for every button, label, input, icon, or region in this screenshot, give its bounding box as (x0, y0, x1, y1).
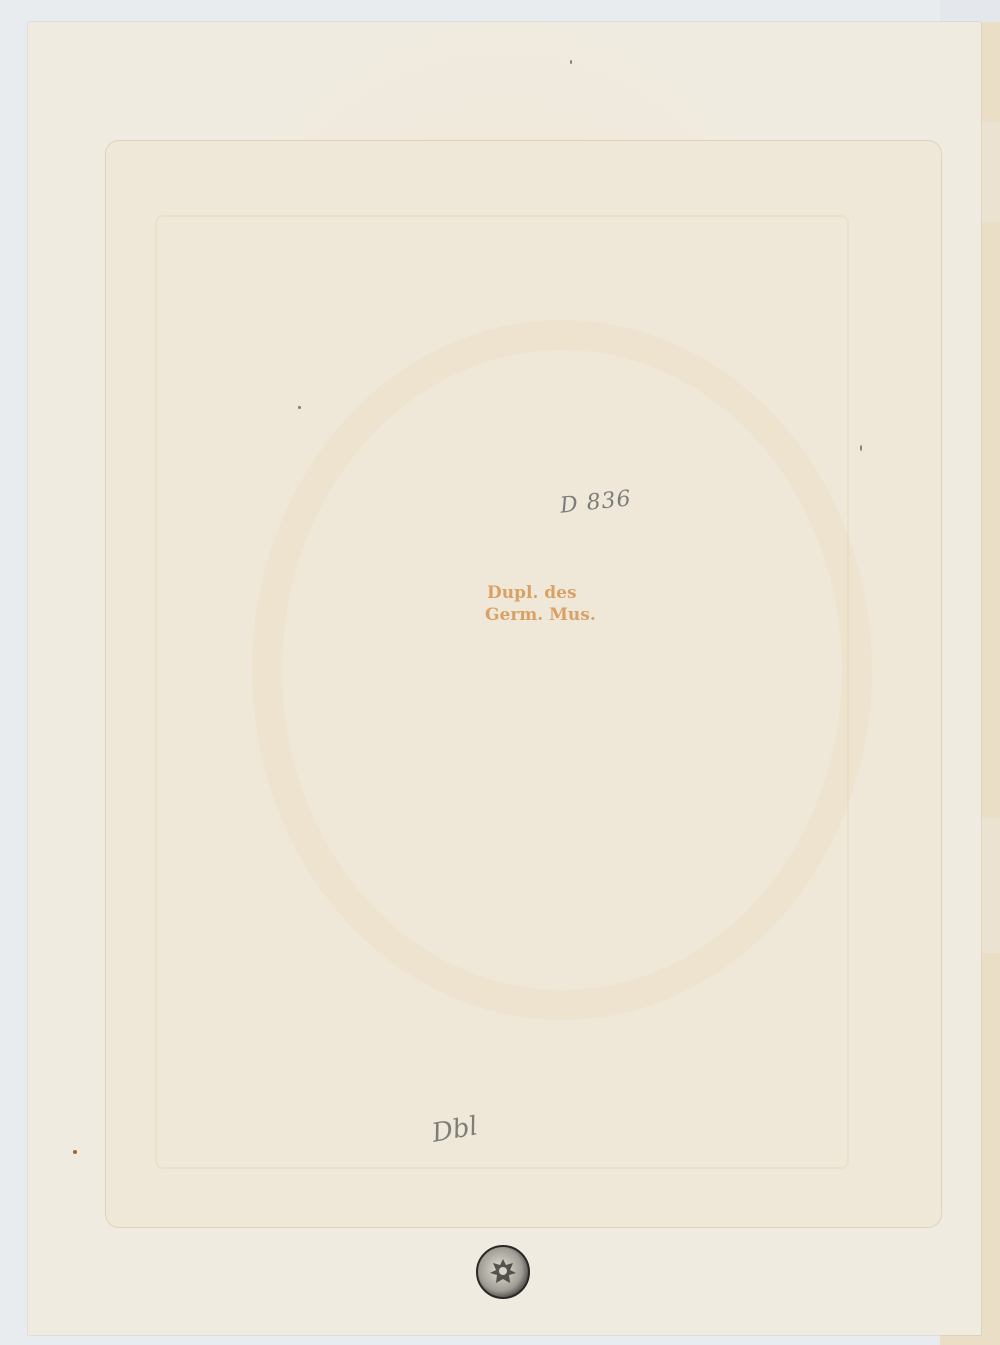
duplicate-stamp: Dupl. des Germ. Mus. (487, 582, 596, 626)
paper-speck (298, 406, 301, 409)
oval-portrait-showthrough (252, 320, 872, 1020)
stamp-line-2: Germ. Mus. (485, 604, 596, 626)
paper-speck (860, 445, 862, 451)
paper-speck (73, 1150, 77, 1154)
paper-speck (570, 60, 572, 64)
stamp-line-1: Dupl. des (487, 582, 596, 604)
scan-background (940, 0, 1000, 22)
eagle-seal-icon (476, 1245, 530, 1299)
